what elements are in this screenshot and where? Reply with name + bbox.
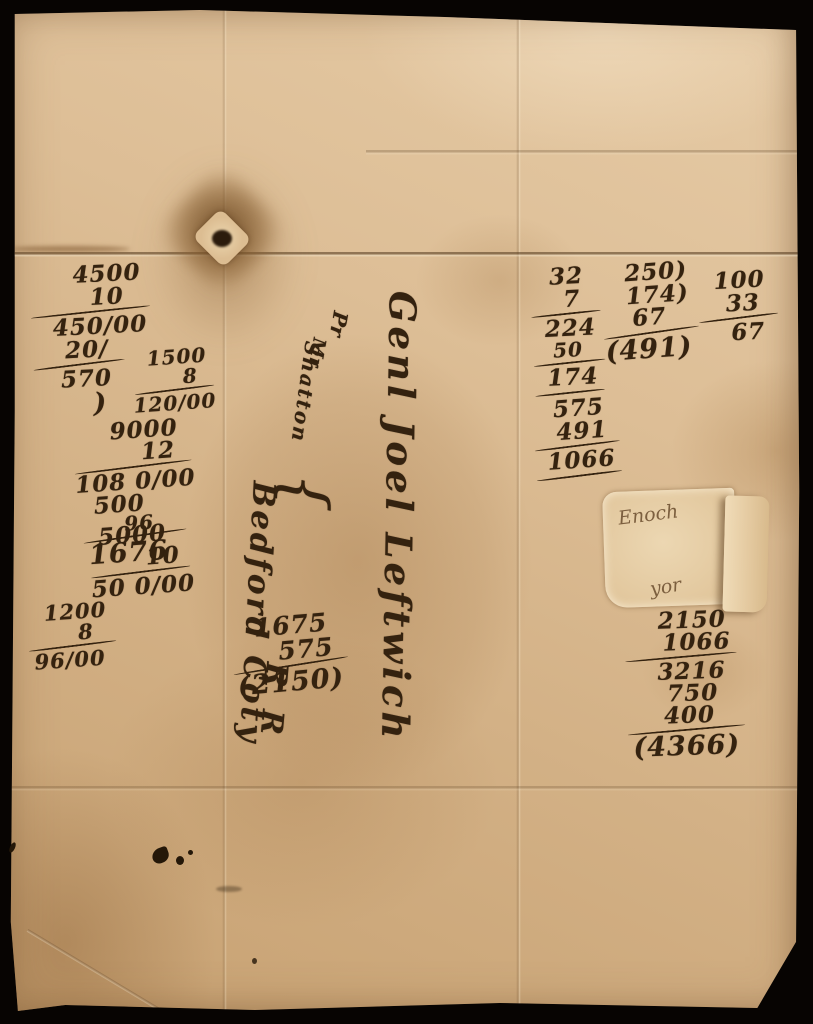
torn-patch-flap bbox=[722, 495, 769, 612]
ink-blot bbox=[176, 856, 184, 865]
calc-line: (491) bbox=[604, 333, 694, 366]
calc-line: 4500 bbox=[28, 261, 141, 289]
carrier-line-1: Pr bbox=[325, 309, 353, 338]
calc-line: 400 bbox=[627, 704, 716, 729]
calc-line: 96/00 bbox=[29, 648, 106, 674]
address-recipient-line: Genl Joel Leftwich bbox=[373, 291, 425, 738]
calc-line: 8 bbox=[27, 621, 94, 646]
address-brace: { bbox=[269, 472, 343, 514]
fold-crease-vertical-right bbox=[516, 10, 521, 1012]
calc-group-top-right-col2: 250) 174) 67 (491) bbox=[599, 259, 694, 366]
ink-blot bbox=[252, 958, 257, 964]
fold-crease-horizontal-top bbox=[366, 150, 801, 155]
corner-crease-bottom-left bbox=[27, 929, 166, 1014]
ink-blot bbox=[188, 850, 193, 855]
calc-line: ) bbox=[35, 390, 108, 420]
address-flourish: R R bbox=[252, 661, 294, 742]
calc-group-top-left-small: 1500 8 120/00 bbox=[130, 345, 216, 416]
calc-group-mid-left-small: 5000 10 50 0/00 bbox=[88, 521, 193, 602]
fold-crease-horizontal-lower bbox=[10, 786, 800, 791]
scanned-letter: Enoch yor 4500 10 450/00 20/ 570 ) 1500 … bbox=[0, 0, 813, 1024]
calc-line: (4366) bbox=[628, 732, 741, 762]
calc-line: 174 bbox=[534, 365, 599, 391]
calc-group-bottom-right-sum: 2150 1066 3216 750 400 (4366) bbox=[623, 608, 740, 762]
calc-group-bottom-left: 1200 8 96/00 bbox=[26, 599, 119, 674]
calc-line: 1200 bbox=[26, 600, 107, 626]
ink-smudge bbox=[216, 886, 242, 892]
calc-line: 67 bbox=[699, 321, 766, 347]
calc-line: 20/ bbox=[32, 338, 109, 364]
calc-group-mid-right-sum: 575 491 1066 bbox=[531, 395, 616, 482]
calc-line: 33 bbox=[697, 291, 760, 317]
calc-line: 50 bbox=[533, 340, 584, 362]
seal-tear-hole bbox=[212, 230, 232, 247]
calc-group-top-right-col1: 32 7 224 50 174 bbox=[529, 264, 600, 398]
calc-line: 120/00 bbox=[133, 391, 216, 416]
fold-stain-smear bbox=[10, 246, 130, 252]
calc-line: 7 bbox=[530, 288, 581, 313]
calc-line: 67 bbox=[602, 306, 667, 333]
corner-crease-bottom-right bbox=[755, 966, 811, 1013]
calc-group-top-right-col3: 100 33 67 bbox=[696, 268, 774, 346]
